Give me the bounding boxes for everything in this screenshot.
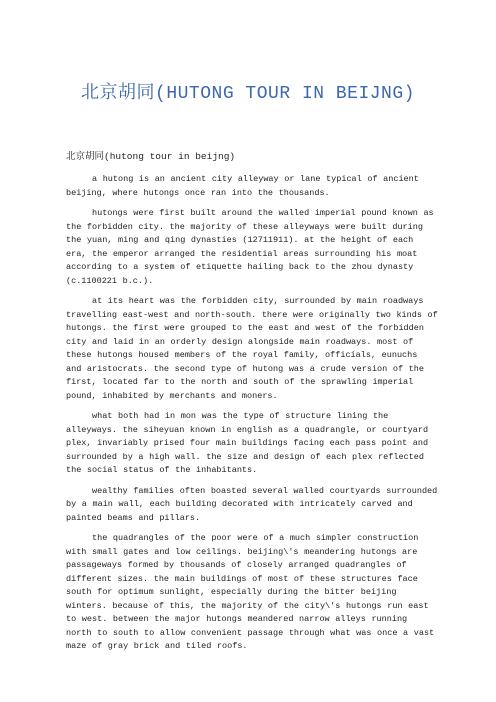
paragraph-quadrangles-of-poor: the quadrangles of the poor were of a mu… — [66, 532, 438, 654]
paragraph-two-kinds: at its heart was the forbidden city, sur… — [66, 295, 438, 403]
paragraph-history: hutongs were first built around the wall… — [66, 207, 438, 288]
document-body: 北京胡同(hutong tour in beijng) a hutong is … — [66, 150, 438, 654]
paragraph-wealthy-families: wealthy families often boasted several w… — [66, 485, 438, 526]
document-title: 北京胡同(HUTONG TOUR IN BEIJNG) — [0, 78, 496, 104]
paragraph-siheyuan: what both had in mon was the type of str… — [66, 410, 438, 478]
document-subtitle: 北京胡同(hutong tour in beijng) — [66, 150, 438, 164]
paragraph-intro: a hutong is an ancient city alleyway or … — [66, 173, 438, 200]
document-page: 北京胡同(HUTONG TOUR IN BEIJNG) 北京胡同(hutong … — [0, 0, 496, 702]
